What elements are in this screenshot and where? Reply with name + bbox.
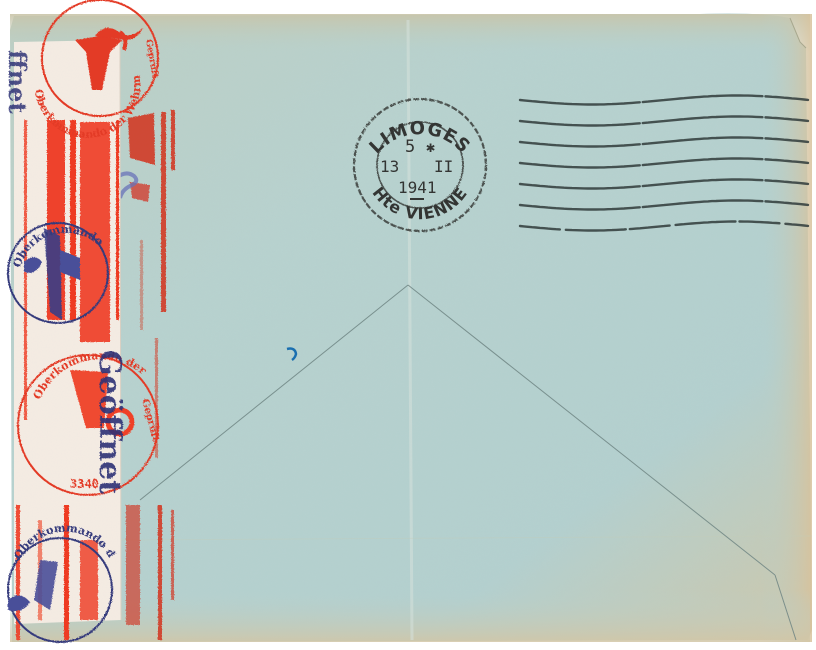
postmark-star: ✱ (426, 138, 435, 156)
postmark-year: 1941 (398, 178, 437, 197)
envelope-photo: LIMOGES Hte VIENNE 5 ✱ 13 II 1941 (0, 0, 816, 650)
opened-text-lower: Geöffnet (92, 350, 127, 494)
opened-text-upper: ffnet (3, 50, 32, 114)
postmark-day: 13 (380, 157, 399, 176)
postmark-hour: 5 (405, 137, 415, 157)
postmark-month: II (434, 157, 453, 176)
